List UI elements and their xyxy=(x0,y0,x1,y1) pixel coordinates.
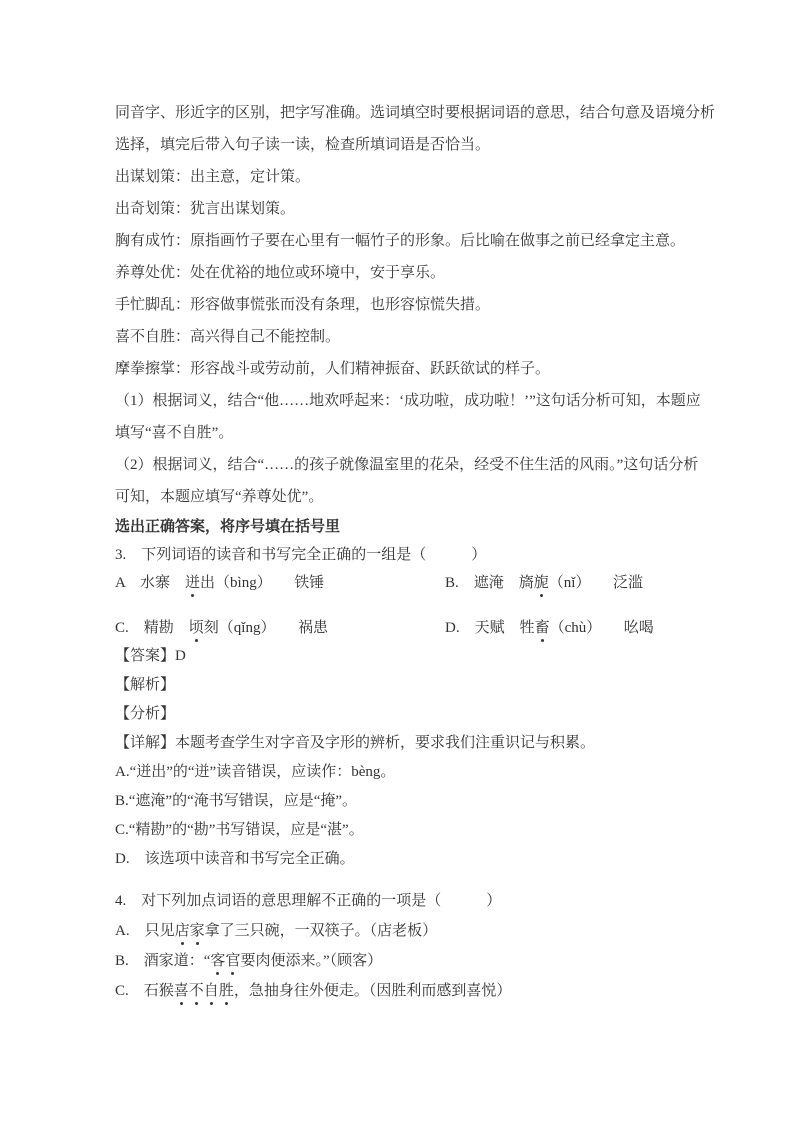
answer-label: 【答案】 xyxy=(115,648,175,664)
xiangjie-line: 【详解】本题考查学生对字音及字形的辨析，要求我们注重识记与积累。 xyxy=(115,729,687,758)
emphasized-char: 客 xyxy=(210,953,225,969)
explanation-option-c: C.“精勘”的“勘”书写错误，应是“湛”。 xyxy=(115,816,687,845)
answer-line: 【答案】D xyxy=(115,642,687,671)
section-instruction-header: 选出正确答案，将序号填在括号里 xyxy=(115,513,687,541)
definition-line-xiongyouchengzhu: 胸有成竹：原指画竹子要在心里有一幅竹子的形象。后比喻在做事之前已经拿定主意。 xyxy=(115,225,687,257)
document-content: 同音字、形近字的区别，把字写准确。选词填空时要根据词语的意思，结合句意及语境分析… xyxy=(115,97,687,1006)
question-3-options-row-1: A 水寨 迸出（bìng） 铁锤 B. 遮淹 旖旎（nǐ） 泛滥 xyxy=(115,569,687,597)
emphasized-char: 胜 xyxy=(219,983,234,999)
emphasized-char: 家 xyxy=(190,923,205,939)
word-explanation-section: 同音字、形近字的区别，把字写准确。选词填空时要根据词语的意思，结合句意及语境分析… xyxy=(115,97,687,513)
explanation-option-b: B.“遮淹”的“淹书写错误，应是“掩”。 xyxy=(115,787,687,816)
emphasized-char: 官 xyxy=(225,953,240,969)
question-3-option-b: B. 遮淹 旖旎（nǐ） 泛滥 xyxy=(445,569,643,597)
question-4-section: 4. 对下列加点词语的意思理解不正确的一项是（ ） A. 只见店家拿了三只碗，一… xyxy=(115,886,687,1006)
definition-line-moquancazhang: 摩拳擦掌：形容战斗或劳动前，人们精神振奋、跃跃欲试的样子。 xyxy=(115,353,687,385)
document-page: 同音字、形近字的区别，把字写准确。选词填空时要根据词语的意思，结合句意及语境分析… xyxy=(0,0,793,1122)
definition-line-chuqihuace: 出奇划策：犹言出谋划策。 xyxy=(115,193,687,225)
emphasized-char: 畜 xyxy=(535,620,550,636)
definition-line-chumouhuace: 出谋划策：出主意，定计策。 xyxy=(115,161,687,193)
question-3-stem: 3. 下列词语的读音和书写完全正确的一组是（ ） xyxy=(115,541,687,569)
question-3-section: 选出正确答案，将序号填在括号里 3. 下列词语的读音和书写完全正确的一组是（ ）… xyxy=(115,513,687,642)
intro-line-1: 同音字、形近字的区别，把字写准确。选词填空时要根据词语的意思，结合句意及语境分析 xyxy=(115,97,687,129)
question-4-stem: 4. 对下列加点词语的意思理解不正确的一项是（ ） xyxy=(115,886,687,916)
analysis-line-3: （2）根据词义，结合“……的孩子就像温室里的花朵，经受不住生活的风雨。”这句话分… xyxy=(115,449,687,481)
explanation-option-d: D. 该选项中读音和书写完全正确。 xyxy=(115,845,687,874)
jiexi-label-line: 【解析】 xyxy=(115,671,687,700)
answer-value: D xyxy=(175,648,186,664)
emphasized-char: 店 xyxy=(175,923,190,939)
question-4-option-a: A. 只见店家拿了三只碗，一双筷子。（店老板） xyxy=(115,916,687,946)
question-3-options-row-2: C. 精勘 顷刻（qǐng） 祸患 D. 天赋 牲畜（chù） 吆喝 xyxy=(115,614,687,642)
analysis-line-2: 填写“喜不自胜”。 xyxy=(115,417,687,449)
question-3-option-a: A 水寨 迸出（bìng） 铁锤 xyxy=(115,569,445,597)
analysis-line-4: 可知，本题应填写“养尊处优”。 xyxy=(115,481,687,513)
question-4-option-c: C. 石猴喜不自胜，急抽身往外便走。（因胜利而感到喜悦） xyxy=(115,976,687,1006)
question-4-option-b: B. 酒家道：“客官要肉便添来。”（顾客） xyxy=(115,946,687,976)
emphasized-char: 自 xyxy=(204,983,219,999)
emphasized-char: 喜 xyxy=(174,983,189,999)
question-3-answer-section: 【答案】D 【解析】 【分析】 【详解】本题考查学生对字音及字形的辨析，要求我们… xyxy=(115,642,687,874)
question-3-option-c: C. 精勘 顷刻（qǐng） 祸患 xyxy=(115,614,445,642)
fenxi-label-line: 【分析】 xyxy=(115,700,687,729)
emphasized-char: 旎 xyxy=(534,575,549,591)
emphasized-char: 迸 xyxy=(185,575,200,591)
definition-line-shoumangjiaoluan: 手忙脚乱：形容做事慌张而没有条理，也形容惊慌失措。 xyxy=(115,289,687,321)
analysis-line-1: （1）根据词义，结合“他……地欢呼起来：‘成功啦，成功啦！’”这句话分析可知，本… xyxy=(115,385,687,417)
definition-line-xibuzisheng: 喜不自胜：高兴得自己不能控制。 xyxy=(115,321,687,353)
intro-line-2: 选择，填完后带入句子读一读，检查所填词语是否恰当。 xyxy=(115,129,687,161)
emphasized-char: 顷 xyxy=(189,620,204,636)
question-3-option-d: D. 天赋 牲畜（chù） 吆喝 xyxy=(445,614,654,642)
emphasized-char: 不 xyxy=(189,983,204,999)
definition-line-yangzunchuyou: 养尊处优：处在优裕的地位或环境中，安于享乐。 xyxy=(115,257,687,289)
explanation-option-a: A.“迸出”的“迸”读音错误，应读作：bèng。 xyxy=(115,758,687,787)
